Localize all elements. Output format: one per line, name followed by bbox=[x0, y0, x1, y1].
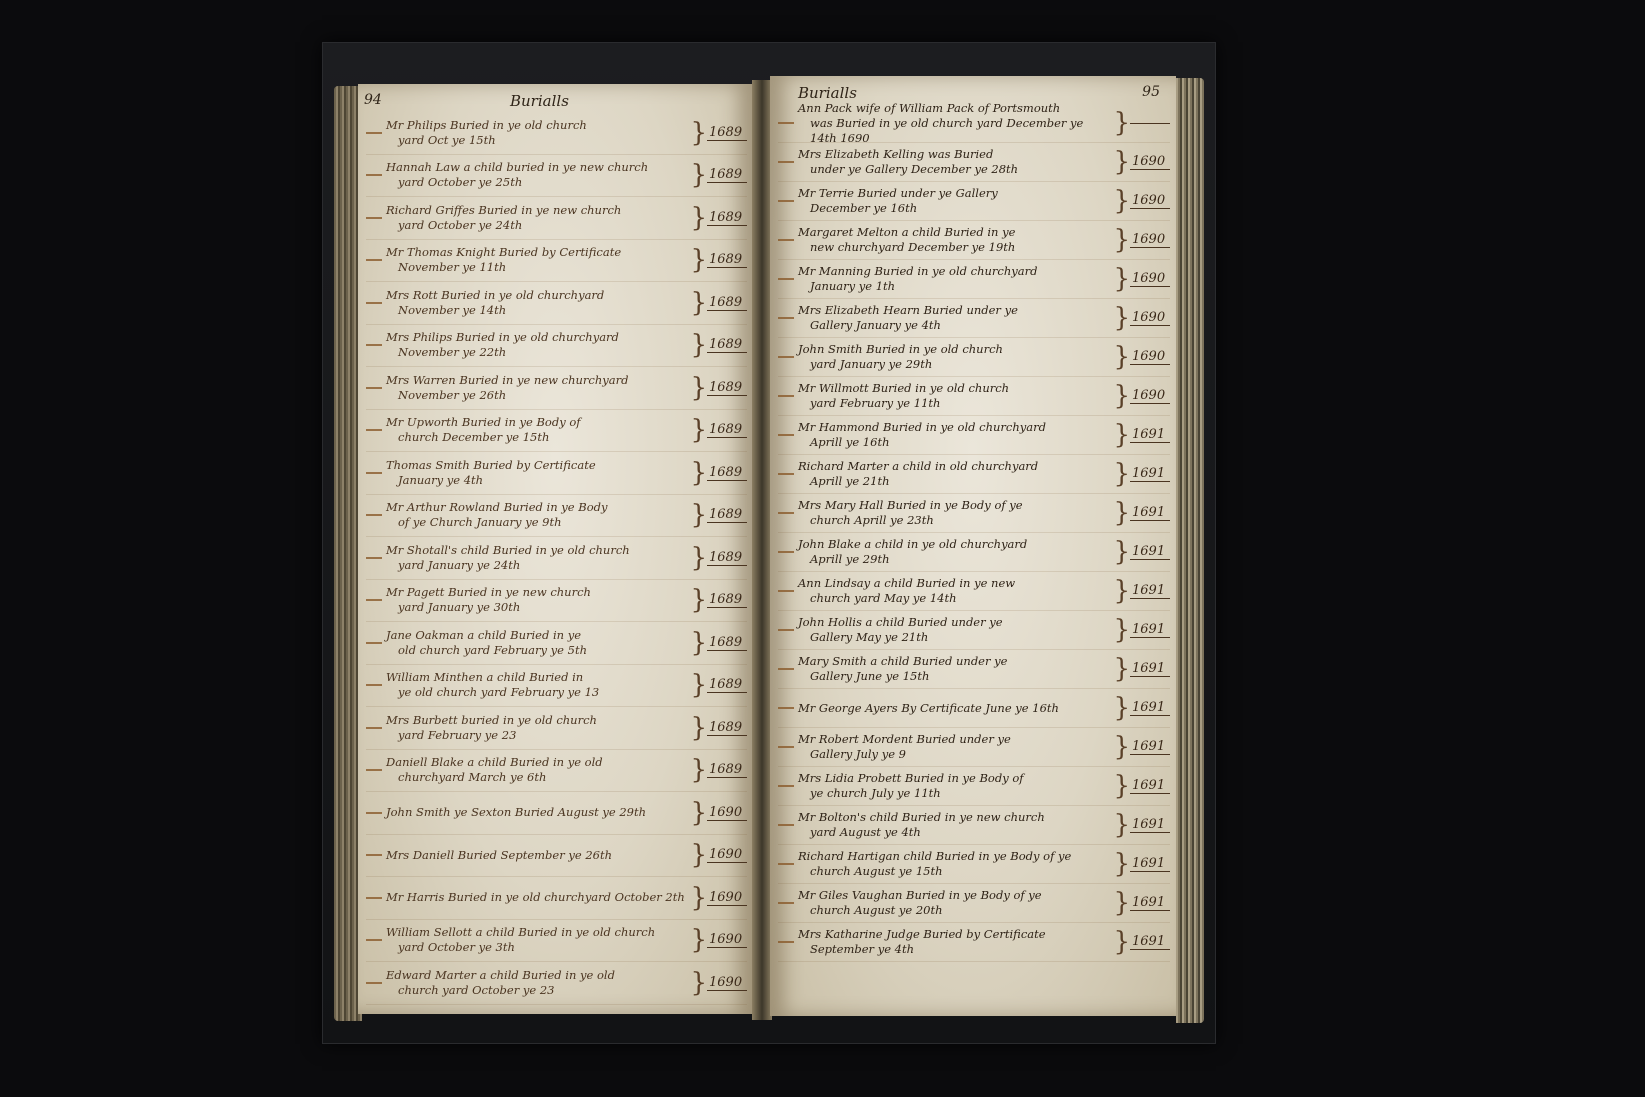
burial-entry: Mr Upworth Buried in ye Body of church D… bbox=[366, 410, 747, 453]
entry-line-1: Mr Philips Buried in ye old church bbox=[386, 118, 587, 132]
entry-dash-mark bbox=[778, 551, 794, 553]
entry-year: 1690 bbox=[707, 932, 747, 948]
brace-mark: } bbox=[690, 460, 707, 486]
folio-number: 95 bbox=[1142, 84, 1160, 100]
entry-line-1: Jane Oakman a child Buried in ye bbox=[386, 628, 581, 642]
burial-entry: Daniell Blake a child Buried in ye old c… bbox=[366, 750, 747, 793]
entry-line-1: Mr Giles Vaughan Buried in ye Body of ye bbox=[798, 888, 1042, 902]
entry-line-2: yard February ye 11th bbox=[798, 396, 1113, 411]
entry-line-1: Margaret Melton a child Buried in ye bbox=[798, 225, 1015, 239]
burial-entry: John Smith Buried in ye old church yard … bbox=[778, 338, 1170, 377]
entry-text: Mrs Daniell Buried September ye 26th bbox=[386, 848, 690, 863]
entry-line-1: William Sellott a child Buried in ye old… bbox=[386, 925, 655, 939]
brace-mark: } bbox=[1113, 890, 1130, 916]
entry-line-1: Mrs Elizabeth Kelling was Buried bbox=[798, 147, 993, 161]
brace-mark: } bbox=[1113, 578, 1130, 604]
entry-line-1: Mr George Ayers By Certificate June ye 1… bbox=[798, 701, 1059, 715]
entry-line-1: Mr Thomas Knight Buried by Certificate bbox=[386, 245, 621, 259]
burial-entry: Mrs Warren Buried in ye new churchyard N… bbox=[366, 367, 747, 410]
brace-mark: } bbox=[1113, 500, 1130, 526]
entry-text: Mr Philips Buried in ye old church yard … bbox=[386, 118, 690, 148]
entry-dash-mark bbox=[778, 434, 794, 436]
entry-year: 1691 bbox=[1130, 583, 1170, 599]
brace-mark: } bbox=[690, 332, 707, 358]
entry-line-2: church yard October ye 23 bbox=[386, 983, 690, 998]
entry-text: Mr Pagett Buried in ye new church yard J… bbox=[386, 585, 690, 615]
entry-dash-mark bbox=[778, 785, 794, 787]
burial-entry: John Blake a child in ye old churchyard … bbox=[778, 533, 1170, 572]
entry-dash-mark bbox=[778, 746, 794, 748]
entry-line-1: Richard Marter a child in old churchyard bbox=[798, 459, 1038, 473]
entry-text: Mrs Elizabeth Hearn Buried under ye Gall… bbox=[798, 303, 1113, 333]
entry-line-1: Mrs Elizabeth Hearn Buried under ye bbox=[798, 303, 1018, 317]
entry-text: Mrs Rott Buried in ye old churchyard Nov… bbox=[386, 288, 690, 318]
entry-dash-mark bbox=[778, 161, 794, 163]
burial-entries: Ann Pack wife of William Pack of Portsmo… bbox=[778, 104, 1170, 962]
entry-year: 1689 bbox=[707, 592, 747, 608]
brace-mark: } bbox=[690, 290, 707, 316]
burial-entries: Mr Philips Buried in ye old church yard … bbox=[366, 112, 747, 1005]
brace-mark: } bbox=[690, 672, 707, 698]
entry-line-2: church yard May ye 14th bbox=[798, 591, 1113, 606]
entry-dash-mark bbox=[778, 278, 794, 280]
entry-year: 1689 bbox=[707, 762, 747, 778]
entry-line-1: John Blake a child in ye old churchyard bbox=[798, 537, 1027, 551]
entry-line-1: Ann Pack wife of William Pack of Portsmo… bbox=[798, 101, 1060, 115]
entry-year: 1689 bbox=[707, 210, 747, 226]
page-heading: Burialls bbox=[798, 84, 857, 102]
burial-entry: John Hollis a child Buried under ye Gall… bbox=[778, 611, 1170, 650]
entry-dash-mark bbox=[366, 387, 382, 389]
entry-text: John Smith Buried in ye old church yard … bbox=[798, 342, 1113, 372]
brace-mark: } bbox=[1113, 461, 1130, 487]
entry-dash-mark bbox=[366, 897, 382, 899]
entry-text: John Smith ye Sexton Buried August ye 29… bbox=[386, 805, 690, 820]
entry-year: 1691 bbox=[1130, 427, 1170, 443]
entry-line-2: ye church July ye 11th bbox=[798, 786, 1113, 801]
entry-line-1: Mr Shotall's child Buried in ye old chur… bbox=[386, 543, 630, 557]
entry-year: 1690 bbox=[1130, 271, 1170, 287]
brace-mark: } bbox=[1113, 149, 1130, 175]
entry-year: 1690 bbox=[1130, 232, 1170, 248]
entry-text: Mr Shotall's child Buried in ye old chur… bbox=[386, 543, 690, 573]
entry-text: Mr Robert Mordent Buried under ye Galler… bbox=[798, 732, 1113, 762]
entry-line-2: December ye 16th bbox=[798, 201, 1113, 216]
burial-entry: Mr Pagett Buried in ye new church yard J… bbox=[366, 580, 747, 623]
register-book: 94 Burialls Mr Philips Buried in ye old … bbox=[334, 66, 1204, 1026]
entry-line-2: yard February ye 23 bbox=[386, 728, 690, 743]
brace-mark: } bbox=[690, 970, 707, 996]
entry-text: Mr Willmott Buried in ye old church yard… bbox=[798, 381, 1113, 411]
entry-dash-mark bbox=[778, 395, 794, 397]
burial-entry: Jane Oakman a child Buried in ye old chu… bbox=[366, 622, 747, 665]
entry-dash-mark bbox=[778, 824, 794, 826]
brace-mark: } bbox=[1113, 227, 1130, 253]
burial-entry: Mrs Philips Buried in ye old churchyard … bbox=[366, 325, 747, 368]
entry-dash-mark bbox=[366, 939, 382, 941]
entry-dash-mark bbox=[778, 317, 794, 319]
entry-text: John Hollis a child Buried under ye Gall… bbox=[798, 615, 1113, 645]
entry-line-2: church August ye 20th bbox=[798, 903, 1113, 918]
entry-text: Jane Oakman a child Buried in ye old chu… bbox=[386, 628, 690, 658]
entry-text: Richard Griffes Buried in ye new church … bbox=[386, 203, 690, 233]
brace-mark: } bbox=[690, 800, 707, 826]
entry-year: 1689 bbox=[707, 380, 747, 396]
entry-text: Mr Terrie Buried under ye Gallery Decemb… bbox=[798, 186, 1113, 216]
entry-line-1: Mr Arthur Rowland Buried in ye Body bbox=[386, 500, 608, 514]
brace-mark: } bbox=[690, 120, 707, 146]
entry-dash-mark bbox=[366, 727, 382, 729]
brace-mark: } bbox=[690, 715, 707, 741]
entry-year: 1690 bbox=[707, 975, 747, 991]
entry-line-2: Gallery July ye 9 bbox=[798, 747, 1113, 762]
brace-mark: } bbox=[1113, 422, 1130, 448]
entry-dash-mark bbox=[778, 707, 794, 709]
entry-dash-mark bbox=[366, 982, 382, 984]
entry-text: Richard Hartigan child Buried in ye Body… bbox=[798, 849, 1113, 879]
burial-entry: Mr Hammond Buried in ye old churchyard A… bbox=[778, 416, 1170, 455]
burial-entry: Hannah Law a child buried in ye new chur… bbox=[366, 155, 747, 198]
brace-mark: } bbox=[690, 247, 707, 273]
entry-text: Mr Harris Buried in ye old churchyard Oc… bbox=[386, 890, 690, 905]
burial-entry: Mrs Elizabeth Kelling was Buried under y… bbox=[778, 143, 1170, 182]
brace-mark: } bbox=[1113, 188, 1130, 214]
entry-line-2: was Buried in ye old church yard Decembe… bbox=[798, 116, 1113, 146]
entry-text: Mrs Burbett buried in ye old church yard… bbox=[386, 713, 690, 743]
entry-year: 1690 bbox=[707, 805, 747, 821]
entry-year: 1689 bbox=[707, 720, 747, 736]
entry-line-1: Richard Griffes Buried in ye new church bbox=[386, 203, 621, 217]
brace-mark: } bbox=[1113, 734, 1130, 760]
entry-line-2: Aprill ye 16th bbox=[798, 435, 1113, 450]
entry-line-2: Aprill ye 29th bbox=[798, 552, 1113, 567]
entry-line-1: Mrs Katharine Judge Buried by Certificat… bbox=[798, 927, 1046, 941]
entry-line-1: Ann Lindsay a child Buried in ye new bbox=[798, 576, 1015, 590]
entry-year: 1689 bbox=[707, 167, 747, 183]
entry-line-2: yard October ye 24th bbox=[386, 218, 690, 233]
entry-line-2: yard January ye 30th bbox=[386, 600, 690, 615]
entry-year: 1691 bbox=[1130, 622, 1170, 638]
brace-mark: } bbox=[1113, 812, 1130, 838]
entry-dash-mark bbox=[366, 132, 382, 134]
entry-dash-mark bbox=[778, 629, 794, 631]
burial-entry: Mr Terrie Buried under ye Gallery Decemb… bbox=[778, 182, 1170, 221]
entry-line-1: Hannah Law a child buried in ye new chur… bbox=[386, 160, 648, 174]
burial-entry: Mr Robert Mordent Buried under ye Galler… bbox=[778, 728, 1170, 767]
entry-line-2: Gallery January ye 4th bbox=[798, 318, 1113, 333]
brace-mark: } bbox=[1113, 929, 1130, 955]
entry-year: 1689 bbox=[707, 635, 747, 651]
burial-entry: Richard Marter a child in old churchyard… bbox=[778, 455, 1170, 494]
entry-dash-mark bbox=[366, 259, 382, 261]
entry-year: 1691 bbox=[1130, 739, 1170, 755]
entry-line-1: John Smith Buried in ye old church bbox=[798, 342, 1003, 356]
entry-year: 1689 bbox=[707, 295, 747, 311]
entry-line-1: Mrs Philips Buried in ye old churchyard bbox=[386, 330, 619, 344]
entry-line-1: Mrs Daniell Buried September ye 26th bbox=[386, 848, 612, 862]
entry-dash-mark bbox=[366, 472, 382, 474]
brace-mark: } bbox=[690, 545, 707, 571]
entry-year: 1689 bbox=[707, 550, 747, 566]
entry-dash-mark bbox=[778, 590, 794, 592]
entry-line-2: church December ye 15th bbox=[386, 430, 690, 445]
burial-entry: Mr Shotall's child Buried in ye old chur… bbox=[366, 537, 747, 580]
entry-line-1: Mr Terrie Buried under ye Gallery bbox=[798, 186, 998, 200]
burial-entry: Mrs Daniell Buried September ye 26th } 1… bbox=[366, 835, 747, 878]
entry-year: 1691 bbox=[1130, 817, 1170, 833]
entry-text: Hannah Law a child buried in ye new chur… bbox=[386, 160, 690, 190]
entry-text: William Minthen a child Buried in ye old… bbox=[386, 670, 690, 700]
entry-dash-mark bbox=[778, 863, 794, 865]
entry-dash-mark bbox=[366, 557, 382, 559]
entry-line-2: Gallery June ye 15th bbox=[798, 669, 1113, 684]
entry-year bbox=[1130, 123, 1170, 124]
entry-line-1: Mrs Mary Hall Buried in ye Body of ye bbox=[798, 498, 1023, 512]
entry-year: 1690 bbox=[707, 890, 747, 906]
entry-line-1: Mrs Burbett buried in ye old church bbox=[386, 713, 597, 727]
burial-entry: John Smith ye Sexton Buried August ye 29… bbox=[366, 792, 747, 835]
entry-text: Mr Manning Buried in ye old churchyard J… bbox=[798, 264, 1113, 294]
entry-dash-mark bbox=[366, 812, 382, 814]
entry-text: Mr Thomas Knight Buried by Certificate N… bbox=[386, 245, 690, 275]
burial-entry: Mr Willmott Buried in ye old church yard… bbox=[778, 377, 1170, 416]
entry-dash-mark bbox=[366, 302, 382, 304]
burial-entry: Margaret Melton a child Buried in ye new… bbox=[778, 221, 1170, 260]
burial-entry: Mr Thomas Knight Buried by Certificate N… bbox=[366, 240, 747, 283]
entry-line-2: November ye 26th bbox=[386, 388, 690, 403]
burial-entry: William Sellott a child Buried in ye old… bbox=[366, 920, 747, 963]
entry-year: 1689 bbox=[707, 422, 747, 438]
brace-mark: } bbox=[690, 885, 707, 911]
entry-year: 1691 bbox=[1130, 934, 1170, 950]
brace-mark: } bbox=[690, 162, 707, 188]
entry-dash-mark bbox=[366, 769, 382, 771]
left-page: 94 Burialls Mr Philips Buried in ye old … bbox=[358, 84, 753, 1014]
entry-text: Ann Pack wife of William Pack of Portsmo… bbox=[798, 101, 1113, 146]
entry-year: 1691 bbox=[1130, 700, 1170, 716]
brace-mark: } bbox=[690, 502, 707, 528]
burial-entry: Edward Marter a child Buried in ye old c… bbox=[366, 962, 747, 1005]
entry-dash-mark bbox=[366, 684, 382, 686]
entry-line-1: John Smith ye Sexton Buried August ye 29… bbox=[386, 805, 646, 819]
burial-entry: Mrs Elizabeth Hearn Buried under ye Gall… bbox=[778, 299, 1170, 338]
entry-text: Margaret Melton a child Buried in ye new… bbox=[798, 225, 1113, 255]
entry-line-1: Mrs Warren Buried in ye new churchyard bbox=[386, 373, 628, 387]
entry-line-2: November ye 22th bbox=[386, 345, 690, 360]
entry-text: Daniell Blake a child Buried in ye old c… bbox=[386, 755, 690, 785]
burial-entry: Richard Griffes Buried in ye new church … bbox=[366, 197, 747, 240]
brace-mark: } bbox=[690, 842, 707, 868]
brace-mark: } bbox=[1113, 305, 1130, 331]
entry-line-1: Mr Bolton's child Buried in ye new churc… bbox=[798, 810, 1045, 824]
entry-line-2: January ye 4th bbox=[386, 473, 690, 488]
burial-entry: Mrs Rott Buried in ye old churchyard Nov… bbox=[366, 282, 747, 325]
entry-line-1: Mrs Lidia Probett Buried in ye Body of bbox=[798, 771, 1024, 785]
burial-entry: Mrs Burbett buried in ye old church yard… bbox=[366, 707, 747, 750]
brace-mark: } bbox=[690, 630, 707, 656]
entry-text: Mrs Katharine Judge Buried by Certificat… bbox=[798, 927, 1113, 957]
burial-entry: Ann Pack wife of William Pack of Portsmo… bbox=[778, 104, 1170, 143]
book-gutter bbox=[752, 80, 772, 1020]
entry-line-1: Mr Harris Buried in ye old churchyard Oc… bbox=[386, 890, 685, 904]
entry-text: Mr Hammond Buried in ye old churchyard A… bbox=[798, 420, 1113, 450]
burial-entry: Mrs Katharine Judge Buried by Certificat… bbox=[778, 923, 1170, 962]
burial-entry: Ann Lindsay a child Buried in ye new chu… bbox=[778, 572, 1170, 611]
burial-entry: Mr George Ayers By Certificate June ye 1… bbox=[778, 689, 1170, 728]
entry-text: William Sellott a child Buried in ye old… bbox=[386, 925, 690, 955]
entry-dash-mark bbox=[778, 356, 794, 358]
entry-dash-mark bbox=[366, 429, 382, 431]
brace-mark: } bbox=[1113, 383, 1130, 409]
entry-dash-mark bbox=[366, 217, 382, 219]
entry-year: 1690 bbox=[707, 847, 747, 863]
entry-line-1: William Minthen a child Buried in bbox=[386, 670, 583, 684]
brace-mark: } bbox=[1113, 851, 1130, 877]
entry-line-2: yard January ye 24th bbox=[386, 558, 690, 573]
entry-year: 1690 bbox=[1130, 388, 1170, 404]
brace-mark: } bbox=[1113, 773, 1130, 799]
entry-year: 1689 bbox=[707, 337, 747, 353]
entry-dash-mark bbox=[366, 642, 382, 644]
brace-mark: } bbox=[690, 587, 707, 613]
entry-line-2: old church yard February ye 5th bbox=[386, 643, 690, 658]
entry-year: 1690 bbox=[1130, 154, 1170, 170]
entry-text: Mr Upworth Buried in ye Body of church D… bbox=[386, 415, 690, 445]
entry-text: Mr Bolton's child Buried in ye new churc… bbox=[798, 810, 1113, 840]
entry-line-2: church Aprill ye 23th bbox=[798, 513, 1113, 528]
entry-line-1: Richard Hartigan child Buried in ye Body… bbox=[798, 849, 1071, 863]
entry-line-2: November ye 11th bbox=[386, 260, 690, 275]
entry-text: Mrs Warren Buried in ye new churchyard N… bbox=[386, 373, 690, 403]
brace-mark: } bbox=[690, 927, 707, 953]
entry-year: 1689 bbox=[707, 125, 747, 141]
entry-dash-mark bbox=[366, 174, 382, 176]
entry-year: 1691 bbox=[1130, 544, 1170, 560]
entry-line-1: Mr Robert Mordent Buried under ye bbox=[798, 732, 1011, 746]
brace-mark: } bbox=[1113, 344, 1130, 370]
entry-line-2: yard October ye 3th bbox=[386, 940, 690, 955]
entry-dash-mark bbox=[778, 902, 794, 904]
entry-year: 1690 bbox=[1130, 349, 1170, 365]
entry-year: 1689 bbox=[707, 465, 747, 481]
entry-line-2: September ye 4th bbox=[798, 942, 1113, 957]
entry-dash-mark bbox=[778, 668, 794, 670]
entry-dash-mark bbox=[366, 599, 382, 601]
brace-mark: } bbox=[1113, 695, 1130, 721]
entry-text: Mary Smith a child Buried under ye Galle… bbox=[798, 654, 1113, 684]
entry-line-2: yard Oct ye 15th bbox=[386, 133, 690, 148]
burial-entry: Thomas Smith Buried by Certificate Janua… bbox=[366, 452, 747, 495]
entry-text: Mrs Philips Buried in ye old churchyard … bbox=[386, 330, 690, 360]
burial-entry: William Minthen a child Buried in ye old… bbox=[366, 665, 747, 708]
entry-line-1: Mr Manning Buried in ye old churchyard bbox=[798, 264, 1037, 278]
burial-entry: Mr Bolton's child Buried in ye new churc… bbox=[778, 806, 1170, 845]
entry-line-1: Mr Upworth Buried in ye Body of bbox=[386, 415, 581, 429]
entry-dash-mark bbox=[778, 473, 794, 475]
entry-line-1: Edward Marter a child Buried in ye old bbox=[386, 968, 615, 982]
entry-line-1: Thomas Smith Buried by Certificate bbox=[386, 458, 596, 472]
burial-entry: Mr Arthur Rowland Buried in ye Body of y… bbox=[366, 495, 747, 538]
entry-text: Mrs Lidia Probett Buried in ye Body of y… bbox=[798, 771, 1113, 801]
entry-line-2: under ye Gallery December ye 28th bbox=[798, 162, 1113, 177]
entry-text: Mr George Ayers By Certificate June ye 1… bbox=[798, 701, 1113, 716]
page-edges-right bbox=[1176, 78, 1204, 1023]
entry-line-1: Mr Willmott Buried in ye old church bbox=[798, 381, 1009, 395]
folio-number: 94 bbox=[364, 92, 382, 108]
brace-mark: } bbox=[1113, 266, 1130, 292]
entry-year: 1691 bbox=[1130, 466, 1170, 482]
entry-line-1: Mary Smith a child Buried under ye bbox=[798, 654, 1007, 668]
brace-mark: } bbox=[690, 205, 707, 231]
entry-text: Mr Arthur Rowland Buried in ye Body of y… bbox=[386, 500, 690, 530]
entry-text: Edward Marter a child Buried in ye old c… bbox=[386, 968, 690, 998]
burial-entry: Mr Manning Buried in ye old churchyard J… bbox=[778, 260, 1170, 299]
brace-mark: } bbox=[1113, 617, 1130, 643]
brace-mark: } bbox=[690, 375, 707, 401]
entry-text: Mrs Mary Hall Buried in ye Body of ye ch… bbox=[798, 498, 1113, 528]
brace-mark: } bbox=[1113, 110, 1130, 136]
entry-dash-mark bbox=[778, 239, 794, 241]
entry-line-2: January ye 1th bbox=[798, 279, 1113, 294]
entry-line-2: churchyard March ye 6th bbox=[386, 770, 690, 785]
brace-mark: } bbox=[690, 417, 707, 443]
entry-dash-mark bbox=[778, 122, 794, 124]
entry-line-1: Daniell Blake a child Buried in ye old bbox=[386, 755, 603, 769]
entry-line-2: yard October ye 25th bbox=[386, 175, 690, 190]
entry-text: Richard Marter a child in old churchyard… bbox=[798, 459, 1113, 489]
entry-year: 1691 bbox=[1130, 778, 1170, 794]
entry-line-2: yard January ye 29th bbox=[798, 357, 1113, 372]
entry-line-2: Gallery May ye 21th bbox=[798, 630, 1113, 645]
entry-year: 1691 bbox=[1130, 661, 1170, 677]
entry-line-2: of ye Church January ye 9th bbox=[386, 515, 690, 530]
entry-year: 1689 bbox=[707, 252, 747, 268]
entry-dash-mark bbox=[366, 854, 382, 856]
brace-mark: } bbox=[1113, 656, 1130, 682]
brace-mark: } bbox=[1113, 539, 1130, 565]
entry-text: Ann Lindsay a child Buried in ye new chu… bbox=[798, 576, 1113, 606]
entry-text: John Blake a child in ye old churchyard … bbox=[798, 537, 1113, 567]
entry-line-2: church August ye 15th bbox=[798, 864, 1113, 879]
entry-year: 1690 bbox=[1130, 193, 1170, 209]
entry-line-2: yard August ye 4th bbox=[798, 825, 1113, 840]
burial-entry: Mary Smith a child Buried under ye Galle… bbox=[778, 650, 1170, 689]
burial-entry: Richard Hartigan child Buried in ye Body… bbox=[778, 845, 1170, 884]
entry-line-2: ye old church yard February ye 13 bbox=[386, 685, 690, 700]
entry-line-1: Mr Hammond Buried in ye old churchyard bbox=[798, 420, 1046, 434]
burial-entry: Mrs Mary Hall Buried in ye Body of ye ch… bbox=[778, 494, 1170, 533]
entry-year: 1689 bbox=[707, 507, 747, 523]
right-page: Burialls 95 Ann Pack wife of William Pac… bbox=[770, 76, 1176, 1016]
entry-year: 1689 bbox=[707, 677, 747, 693]
page-heading: Burialls bbox=[510, 92, 569, 110]
entry-text: Mr Giles Vaughan Buried in ye Body of ye… bbox=[798, 888, 1113, 918]
entry-dash-mark bbox=[778, 512, 794, 514]
burial-entry: Mr Harris Buried in ye old churchyard Oc… bbox=[366, 877, 747, 920]
burial-entry: Mr Giles Vaughan Buried in ye Body of ye… bbox=[778, 884, 1170, 923]
entry-line-2: Aprill ye 21th bbox=[798, 474, 1113, 489]
entry-dash-mark bbox=[366, 344, 382, 346]
burial-entry: Mr Philips Buried in ye old church yard … bbox=[366, 112, 747, 155]
entry-line-1: Mrs Rott Buried in ye old churchyard bbox=[386, 288, 604, 302]
entry-dash-mark bbox=[778, 200, 794, 202]
entry-dash-mark bbox=[778, 941, 794, 943]
entry-year: 1691 bbox=[1130, 505, 1170, 521]
entry-dash-mark bbox=[366, 514, 382, 516]
entry-line-1: Mr Pagett Buried in ye new church bbox=[386, 585, 591, 599]
entry-text: Thomas Smith Buried by Certificate Janua… bbox=[386, 458, 690, 488]
entry-text: Mrs Elizabeth Kelling was Buried under y… bbox=[798, 147, 1113, 177]
